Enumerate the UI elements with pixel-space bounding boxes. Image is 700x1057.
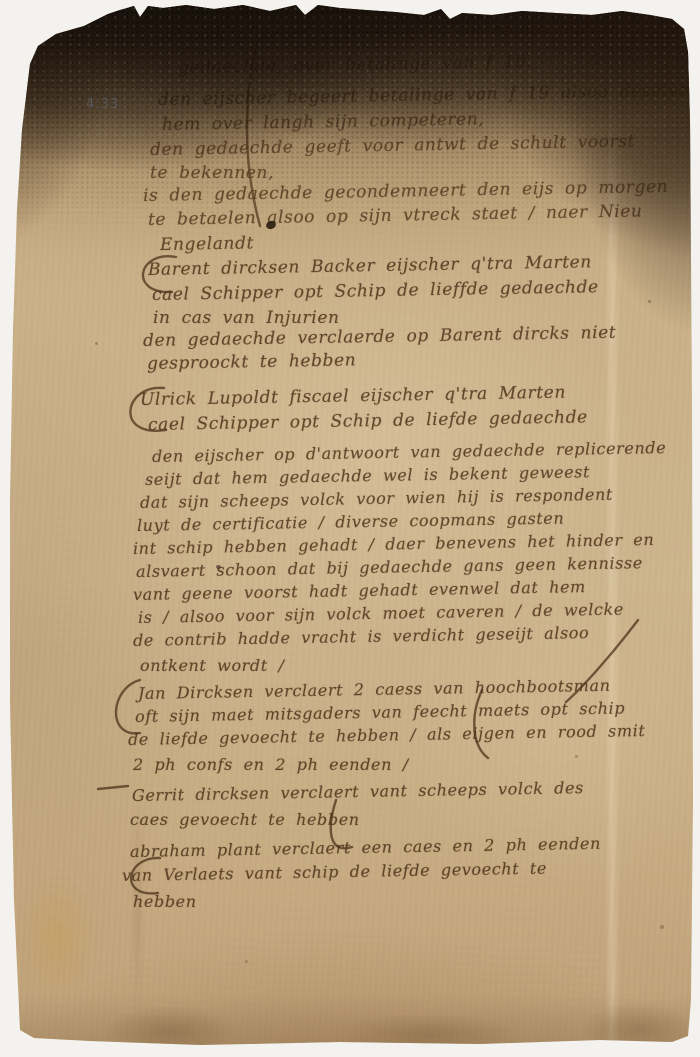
paper-speck: [575, 755, 578, 758]
marginal-note: 4:33: [86, 97, 119, 112]
scan-background: { "annotations": { "marginal_note": "4:3…: [0, 0, 700, 1057]
paper-speck: [648, 300, 651, 303]
pen-flourish: [131, 858, 160, 893]
pen-flourish: [143, 256, 176, 292]
pen-flourish: [331, 800, 352, 848]
pen-flourish: [247, 40, 260, 226]
ink-flourishes: [0, 0, 700, 1057]
pen-flourish: [474, 690, 488, 758]
paper-speck: [660, 925, 664, 929]
paper-speck: [245, 960, 248, 963]
paper-crack: [352, 12, 370, 78]
pen-flourish: [116, 680, 140, 733]
paper-crack: [160, 8, 168, 48]
manuscript-page: Hanck allerten eijscher q'tra de naeldem…: [0, 0, 700, 1057]
pen-flourish: [98, 786, 128, 789]
pen-flourish: [258, 30, 308, 40]
paper-speck: [216, 565, 221, 569]
paper-speck: [95, 342, 98, 345]
pen-flourish: [566, 620, 638, 702]
paper-speck: [520, 470, 522, 472]
pen-flourish: [130, 388, 166, 431]
paper-crack: [258, 8, 265, 40]
